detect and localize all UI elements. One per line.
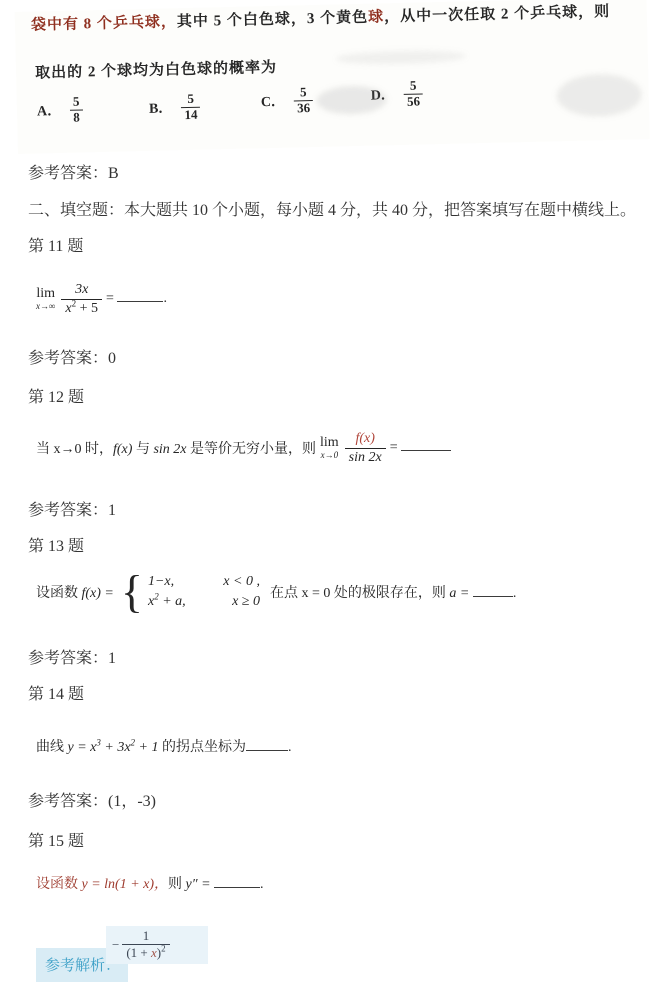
y-double-prime: y″ = — [186, 877, 215, 892]
minus-sign: − — [112, 937, 119, 953]
answer-value: B — [108, 165, 119, 182]
case-row-2: x2 + a,x ≥ 0 — [148, 594, 260, 611]
question-10-text-line2: 取出的 2 个球均为白色球的概率为 — [35, 56, 277, 83]
period: . — [288, 740, 292, 755]
option-b-label: B． — [149, 98, 173, 119]
text-segment-red: 设函数 — [36, 877, 82, 892]
text-segment: 的拐点坐标为 — [159, 740, 247, 755]
question-12-text: 当 x→0 时，f(x) 与 sin 2x 是等价无穷小量，则 — [36, 438, 316, 458]
answer-blank — [246, 750, 288, 751]
piecewise-brace-icon: { — [121, 570, 143, 614]
question-13-formula: 设函数 f(x) = { 1−x,x < 0 , x2 + a,x ≥ 0 在点… — [36, 570, 516, 614]
case-condition: x ≥ 0 — [232, 594, 260, 611]
answer-blank — [214, 887, 260, 888]
fraction: 1 (1 + x)2 — [122, 928, 169, 962]
lim-word: lim — [36, 287, 55, 301]
scan-artifact — [336, 49, 466, 65]
case-row-1: 1−x,x < 0 , — [148, 574, 260, 591]
period: . — [260, 877, 264, 892]
option-d-fraction: 556 — [403, 78, 423, 109]
equals-blank: = — [390, 440, 451, 456]
question-10-black-segment: 其中 5 个白色球，3 个黄色 — [177, 10, 369, 31]
question-15-formula: 设函数 y = ln(1 + x)，则 y″ = . — [36, 873, 264, 893]
question-13-text-lead: 设函数 f(x) = — [36, 582, 114, 602]
analysis-formula: − 1 (1 + x)2 — [106, 926, 208, 964]
answer-blank — [117, 301, 163, 302]
function-fx: f(x) = — [82, 586, 114, 601]
option-d-label: D． — [370, 85, 395, 106]
option-b-fraction: 514 — [181, 92, 201, 123]
text-segment: 在点 x = 0 处的极限存在，则 — [270, 586, 449, 601]
answer-label: 参考答案： — [28, 650, 108, 667]
case-expression: 1−x, — [148, 574, 174, 591]
function-fx: f(x) — [113, 442, 132, 457]
answer-line-q13: 参考答案：1 — [28, 645, 116, 668]
fraction-numerator: 1 — [139, 928, 154, 944]
question-12-title: 第 12 题 — [28, 384, 84, 407]
question-14-title: 第 14 题 — [28, 681, 84, 704]
den-part: (1 + — [126, 945, 151, 960]
answer-line-q12: 参考答案：1 — [28, 497, 116, 520]
question-13-title: 第 13 题 — [28, 533, 84, 556]
equation-part: + 1 — [135, 740, 158, 755]
lim-word: lim — [320, 436, 339, 450]
question-10-red-segment: 球 — [368, 9, 384, 25]
option-c-fraction: 536 — [294, 85, 314, 116]
question-13-text-tail: 在点 x = 0 处的极限存在，则 a = . — [270, 582, 516, 602]
answer-label: 参考答案： — [28, 165, 108, 182]
answer-value: (1，-3) — [108, 793, 156, 810]
answer-value: 1 — [108, 650, 116, 667]
equals-blank: = . — [106, 291, 167, 307]
text-segment: 曲线 — [36, 740, 68, 755]
period: . — [163, 291, 167, 306]
fraction-denominator: 8 — [70, 109, 83, 125]
expression-rest: + a, — [159, 594, 186, 609]
question-14-formula: 曲线 y = x3 + 3x2 + 1 的拐点坐标为. — [36, 736, 292, 756]
limit-operator: limx→∞ — [36, 287, 55, 311]
fraction-denominator: 56 — [404, 93, 423, 109]
den-rest: + 5 — [76, 301, 98, 316]
text-segment: 设函数 — [36, 586, 82, 601]
scan-artifact — [556, 73, 642, 117]
variable-a: a = — [449, 586, 472, 601]
question-12-formula: 当 x→0 时，f(x) 与 sin 2x 是等价无穷小量，则 limx→0 f… — [36, 430, 451, 466]
question-11-formula: limx→∞ 3x x2 + 5 = . — [36, 281, 167, 317]
answer-value: 1 — [108, 502, 116, 519]
question-10-text-line1: 袋中有 8 个乒乓球，其中 5 个白色球，3 个黄色球，从中一次任取 2 个乒乓… — [31, 0, 611, 35]
option-a-label: A． — [37, 100, 62, 121]
fraction: f(x) sin 2x — [345, 430, 386, 466]
option-a-fraction: 58 — [70, 94, 83, 125]
option-b: B． 514 — [149, 92, 201, 124]
answer-value: 0 — [108, 350, 116, 367]
analysis-block: 参考解析： − 1 (1 + x)2 — [36, 926, 296, 984]
text-segment: 是等价无穷小量，则 — [187, 442, 317, 457]
answer-label: 参考答案： — [28, 793, 108, 810]
equation-part: + 3x — [101, 740, 131, 755]
option-c-label: C． — [261, 91, 286, 112]
lim-subscript: x→∞ — [36, 302, 55, 311]
fraction-denominator: (1 + x)2 — [122, 944, 169, 961]
equals-sign: = — [390, 440, 398, 455]
piecewise-cases: 1−x,x < 0 , x2 + a,x ≥ 0 — [148, 574, 260, 611]
question-10-red-segment: 袋中有 8 个乒乓球， — [31, 14, 177, 33]
section-heading: 二、填空题：本大题共 10 个小题，每小题 4 分，共 40 分，把答案填写在题… — [28, 197, 636, 220]
fraction-denominator: sin 2x — [345, 448, 386, 467]
answer-blank — [473, 596, 513, 597]
option-d: D． 556 — [370, 78, 423, 110]
text-segment: 与 — [132, 442, 153, 457]
equation-part: y = x — [68, 740, 97, 755]
equation-red: y = ln(1 + x)， — [82, 877, 169, 892]
fraction-numerator: 5 — [407, 79, 420, 94]
option-c: C． 536 — [260, 85, 313, 117]
sin2x: sin 2x — [153, 442, 186, 457]
answer-line-q14: 参考答案：(1，-3) — [28, 788, 156, 811]
question-15-title: 第 15 题 — [28, 828, 84, 851]
fraction-numerator: f(x) — [351, 430, 378, 448]
answer-label: 参考答案： — [28, 502, 108, 519]
curve-equation: y = x3 + 3x2 + 1 — [68, 740, 159, 755]
exponent: 2 — [161, 944, 166, 954]
fraction-denominator: 36 — [294, 100, 313, 116]
fraction-numerator: 5 — [297, 85, 310, 100]
answer-label: 参考答案： — [28, 350, 108, 367]
fraction-numerator: 3x — [71, 281, 92, 299]
limit-operator: limx→0 — [320, 436, 339, 460]
case-condition: x < 0 , — [223, 574, 260, 591]
answer-line-q10: 参考答案：B — [28, 160, 119, 183]
answer-blank — [401, 450, 451, 451]
fraction-numerator: 5 — [70, 94, 83, 109]
fraction-numerator: 5 — [184, 92, 197, 107]
text-segment: 则 — [168, 877, 186, 892]
equals-sign: = — [106, 291, 114, 306]
exam-page: { "q10": { "line1": { "red1": "袋中有 8 个乒乓… — [0, 0, 659, 990]
case-expression: x2 + a, — [148, 594, 186, 611]
lim-subscript: x→0 — [321, 451, 339, 460]
answer-line-q11: 参考答案：0 — [28, 345, 116, 368]
period: . — [513, 586, 517, 601]
question-11-title: 第 11 题 — [28, 233, 83, 256]
fraction-denominator: x2 + 5 — [61, 299, 102, 318]
fraction: 3x x2 + 5 — [61, 281, 102, 317]
text-segment: 当 x→0 时， — [36, 442, 113, 457]
fraction-denominator: 14 — [181, 107, 200, 123]
question-10-scan: 袋中有 8 个乒乓球，其中 5 个白色球，3 个黄色球，从中一次任取 2 个乒乓… — [15, 0, 650, 154]
question-10-black-segment: ，从中一次任取 2 个乒乓球，则 — [384, 4, 610, 25]
option-a: A． 58 — [37, 94, 83, 126]
